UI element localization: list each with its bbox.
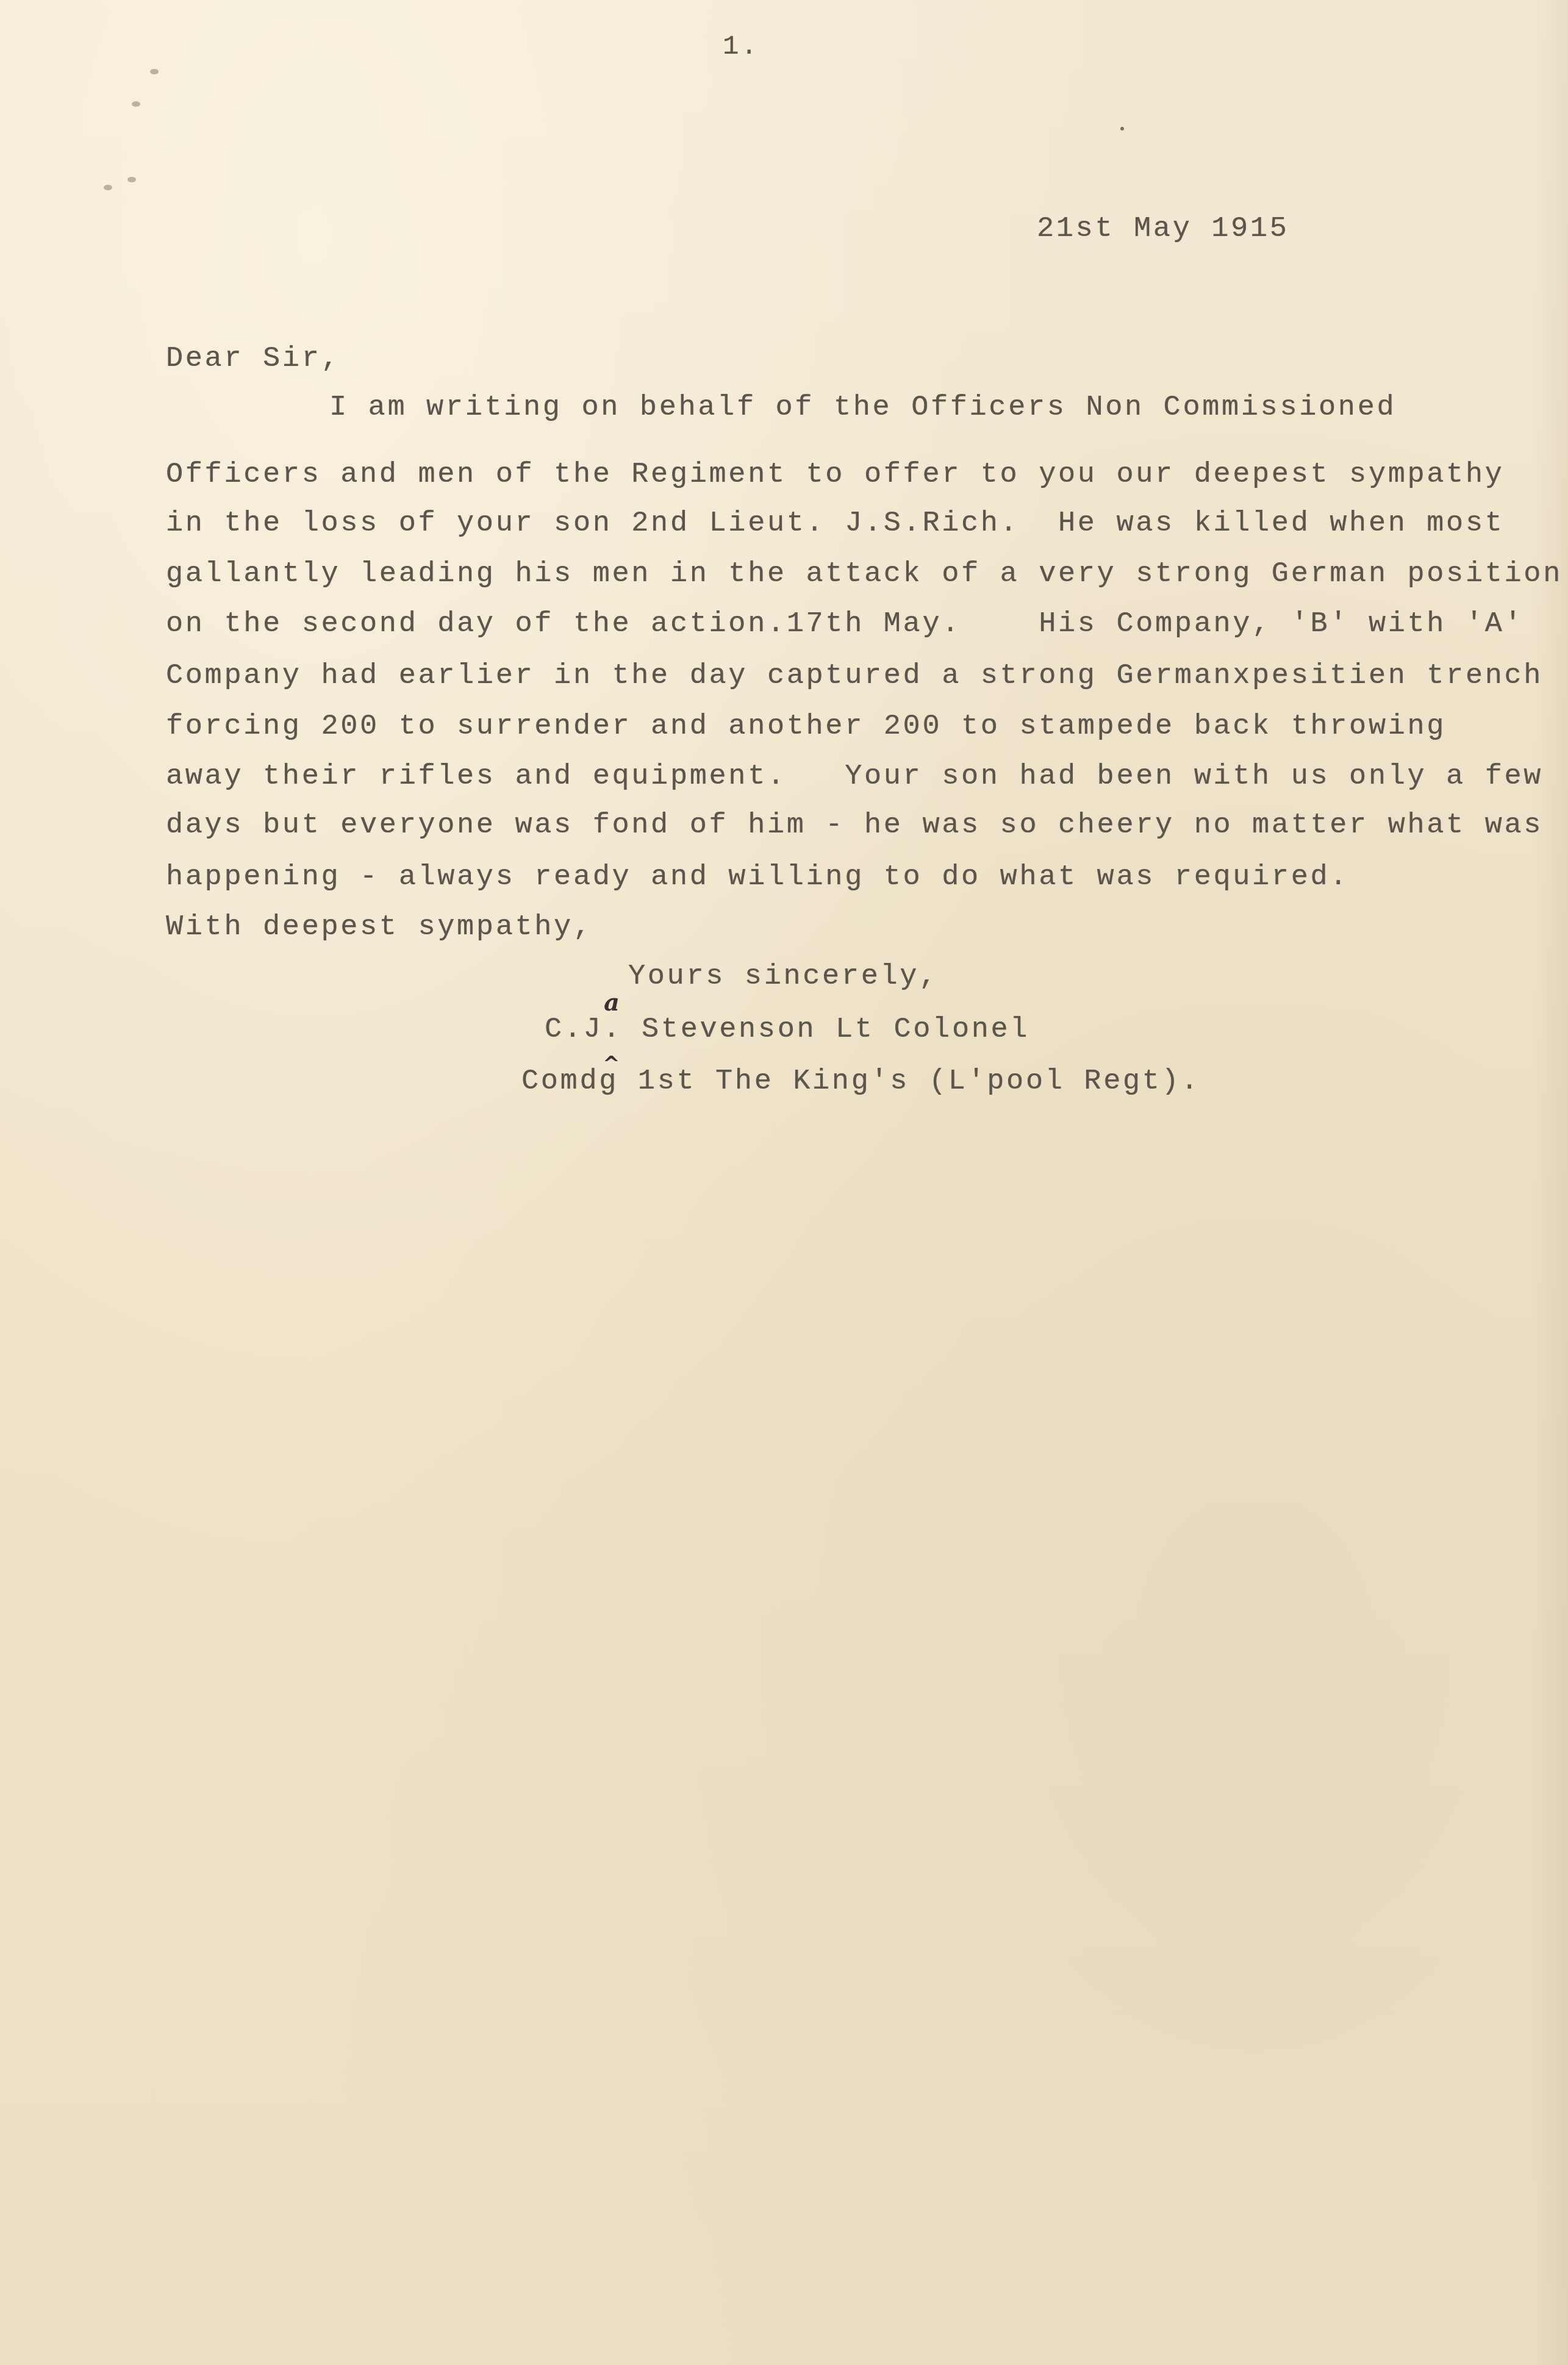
body-line: in the loss of your son 2nd Lieut. J.S.R…: [166, 509, 1505, 538]
body-line: forcing 200 to surrender and another 200…: [166, 712, 1446, 741]
signature-name: C.J. Stevenson Lt Colonel: [545, 1015, 1029, 1044]
body-line: days but everyone was fond of him - he w…: [166, 811, 1543, 840]
punch-mark: [104, 185, 112, 190]
punch-mark: [150, 69, 159, 74]
body-line: on the second day of the action.17th May…: [166, 610, 1523, 639]
valediction: Yours sincerely,: [628, 962, 939, 991]
page-number: 1.: [723, 34, 759, 60]
body-line: away their rifles and equipment. Your so…: [166, 762, 1543, 791]
signatory-title: Comdg 1st The King's (L'pool Regt).: [521, 1067, 1200, 1096]
body-line: Company had earlier in the day captured …: [166, 662, 1543, 690]
salutation: Dear Sir,: [166, 345, 340, 373]
letter-date: 21st May 1915: [1037, 215, 1289, 243]
body-line: gallantly leading his men in the attack …: [166, 560, 1563, 589]
punch-mark: [132, 101, 140, 107]
closing-line: With deepest sympathy,: [166, 913, 593, 942]
body-line: Officers and men of the Regiment to offe…: [166, 460, 1505, 489]
punch-mark: [127, 177, 136, 182]
letter-page: 1. 21st May 1915 Dear Sir, I am writing …: [0, 0, 1568, 2365]
page-edge-shadow: [1531, 0, 1568, 2365]
ink-speck: [1120, 127, 1124, 131]
body-line: I am writing on behalf of the Officers N…: [329, 393, 1396, 422]
handwritten-correction: a: [604, 988, 620, 1017]
body-line: happening - always ready and willing to …: [166, 863, 1349, 892]
